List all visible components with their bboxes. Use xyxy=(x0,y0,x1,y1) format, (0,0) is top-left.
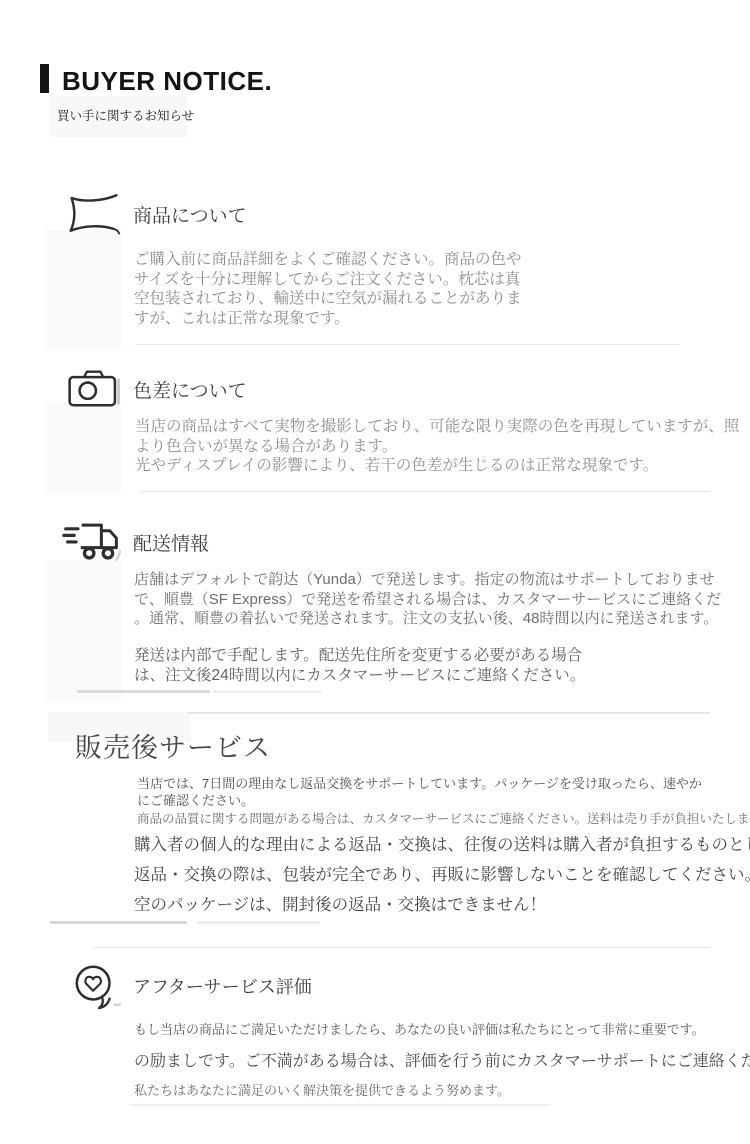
section-title-product: 商品について xyxy=(133,201,247,228)
text-line: 当店では、7日間の理由なし返品交換をサポートしています。パッケージを受け取ったら… xyxy=(137,776,702,793)
text-line: 商品の品質に関する問題がある場合は、カスタマーサービスにご連絡ください。送料は売… xyxy=(137,812,750,827)
text-line: 私たちはあなたに満足のいく解決策を提供できるよう努めます。 xyxy=(134,1083,510,1098)
shipping-paragraph-2: 発送は内部で手配します。配送先住所を変更する必要がある場合 は、注文後24時間以… xyxy=(134,646,585,686)
text-line: は、注文後24時間以内にカスタマーサービスにご連絡ください。 xyxy=(134,666,585,686)
bg-patch xyxy=(45,230,122,348)
section-title-after-sales: 販売後サービス xyxy=(75,726,271,765)
after-sales-terms: 購入者の個人的な理由による返品・交換は、往復の送料は購入者が負担するものとしま … xyxy=(134,830,750,920)
page-title: BUYER NOTICE. xyxy=(62,66,272,97)
section-title-color: 色差について xyxy=(133,376,247,403)
section-divider xyxy=(135,344,680,345)
pillow-icon xyxy=(66,190,122,236)
title-accent-bar xyxy=(40,64,49,93)
rating-note-2: 私たちはあなたに満足のいく解決策を提供できるよう努めます。 xyxy=(134,1083,510,1098)
shipping-paragraph-1: 店舗はデフォルトで韵达（Yunda）で発送します。指定の物流はサポートしておりま… xyxy=(134,570,721,629)
text-line: すが、これは正常な現象です。 xyxy=(134,309,522,329)
text-line: 購入者の個人的な理由による返品・交換は、往復の送料は購入者が負担するものとしま xyxy=(134,830,750,860)
bottom-divider xyxy=(130,1104,550,1106)
artifact-line xyxy=(197,921,320,924)
artifact-line xyxy=(50,921,187,924)
product-paragraph: ご購入前に商品詳細をよくご確認ください。商品の色や サイズを十分に理解してからご… xyxy=(134,250,522,328)
text-line: 発送は内部で手配します。配送先住所を変更する必要がある場合 xyxy=(134,646,585,666)
color-paragraph: 当店の商品はすべて実物を撮影しており、可能な限り実際の色を再現していますが、照 … xyxy=(135,417,739,476)
section-divider xyxy=(93,947,710,948)
buyer-notice-page: BUYER NOTICE. 買い手に関するお知らせ 商品について ご購入前に商品… xyxy=(0,0,750,1144)
page-subtitle: 買い手に関するお知らせ xyxy=(57,106,194,124)
section-divider xyxy=(140,491,710,492)
text-line: で、順豊（SF Express）で発送を希望される場合は、カスタマーサービスにご… xyxy=(134,590,721,610)
text-line: 当店の商品はすべて実物を撮影しており、可能な限り実際の色を再現していますが、照 xyxy=(135,417,739,437)
bg-patch xyxy=(45,404,122,492)
artifact-line xyxy=(77,690,210,693)
section-title-rating: アフターサービス評価 xyxy=(133,973,312,999)
text-line: 店舗はデフォルトで韵达（Yunda）で発送します。指定の物流はサポートしておりま… xyxy=(134,570,721,590)
rating-note-1: もし当店の商品にご満足いただけましたら、あなたの良い評価は私たちにとって非常に重… xyxy=(134,1022,705,1037)
text-line: 空包装されており、輸送中に空気が漏れることがありま xyxy=(134,289,522,309)
artifact-line xyxy=(213,690,321,693)
text-line: ご購入前に商品詳細をよくご確認ください。商品の色や xyxy=(134,250,522,270)
after-sales-note-2: 商品の品質に関する問題がある場合は、カスタマーサービスにご連絡ください。送料は売… xyxy=(137,812,750,827)
text-line: もし当店の商品にご満足いただけましたら、あなたの良い評価は私たちにとって非常に重… xyxy=(134,1022,705,1037)
heart-bubble-icon xyxy=(70,961,124,1011)
truck-icon xyxy=(62,517,122,565)
camera-icon xyxy=(66,367,124,409)
text-line: の励ましです。ご不満がある場合は、評価を行う前にカスタマーサポートにご連絡くだ xyxy=(134,1051,750,1072)
section-title-shipping: 配送情報 xyxy=(133,529,209,556)
section-divider xyxy=(187,712,710,714)
text-line: 空のパッケージは、開封後の返品・交換はできません！ xyxy=(134,890,750,920)
text-line: 返品・交換の際は、包装が完全であり、再販に影響しないことを確認してください。ビ xyxy=(134,860,750,890)
text-line: より色合いが異なる場合があります。 xyxy=(135,437,739,457)
text-line: サイズを十分に理解してからご注文ください。枕芯は真 xyxy=(134,270,522,290)
text-line: 光やディスプレイの影響により、若干の色差が生じるのは正常な現象です。 xyxy=(135,456,739,476)
bg-patch xyxy=(45,560,122,700)
after-sales-note-1: 当店では、7日間の理由なし返品交換をサポートしています。パッケージを受け取ったら… xyxy=(137,776,702,809)
rating-main-line: の励ましです。ご不満がある場合は、評価を行う前にカスタマーサポートにご連絡くだ xyxy=(134,1051,750,1072)
text-line: 。通常、順豊の着払いで発送されます。注文の支払い後、48時間以内に発送されます。 xyxy=(134,609,721,629)
text-line: にご確認ください。 xyxy=(137,793,702,810)
